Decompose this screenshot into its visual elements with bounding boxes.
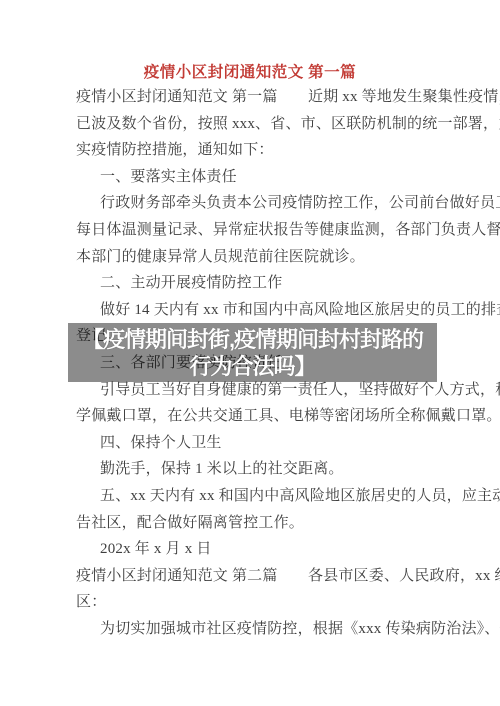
document-line: 每日体温测量记录、异常症状报告等健康监测，各部门负责人督促: [76, 217, 436, 244]
document-line: 实疫情防控措施，通知如下：: [76, 137, 436, 164]
document-page: 疫情小区封闭通知范文 第一篇 疫情小区封闭通知范文 第一篇 近期 xx 等地发生…: [0, 0, 500, 706]
document-line: 本部门的健康异常人员规范前往医院就诊。: [76, 244, 436, 271]
caption-line-2: 行为合法吗】: [189, 353, 315, 380]
document-line: 告社区，配合做好隔离管控工作。: [76, 510, 436, 537]
document-line: 一、要落实主体责任: [76, 164, 436, 191]
document-line: 疫情小区封闭通知范文 第二篇 各县市区委、人民政府，xx 经开: [76, 563, 436, 590]
document-line: 202x 年 x 月 x 日: [76, 536, 436, 563]
caption-overlay: 【疫情期间封街,疫情期间封村封路的 行为合法吗】: [68, 323, 437, 382]
document-title: 疫情小区封闭通知范文 第一篇: [0, 59, 500, 86]
document-line: 区：: [76, 589, 436, 616]
document-line: 五、xx 天内有 xx 和国内中高风险地区旅居史的人员，应主动报: [76, 483, 436, 510]
document-line: 行政财务部牵头负责本公司疫情防控工作，公司前台做好员工: [76, 190, 436, 217]
document-line: 疫情小区封闭通知范文 第一篇 近期 xx 等地发生聚集性疫情，: [76, 84, 436, 111]
document-line: 二、主动开展疫情防控工作: [76, 270, 436, 297]
document-line: 勤洗手，保持 1 米以上的社交距离。: [76, 456, 436, 483]
caption-line-1: 【疫情期间封街,疫情期间封村封路的: [82, 326, 423, 353]
document-line: 做好 14 天内有 xx 市和国内中高风险地区旅居史的员工的排查: [76, 297, 436, 324]
document-line: 为切实加强城市社区疫情防控，根据《xxx 传染病防治法》、《xxx: [76, 616, 436, 643]
document-line: 四、保持个人卫生: [76, 430, 436, 457]
document-line: 学佩戴口罩，在公共交通工具、电梯等密闭场所全称佩戴口罩。: [76, 403, 436, 430]
document-line: 已波及数个省份，按照 xxx、省、市、区联防机制的统一部署，为落: [76, 111, 436, 138]
